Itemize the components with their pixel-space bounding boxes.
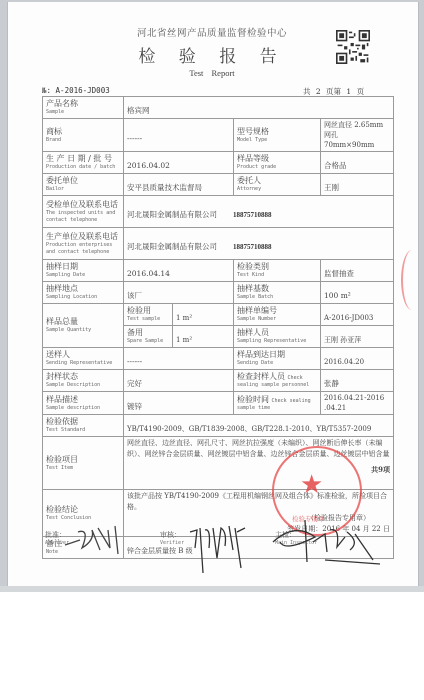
label-en: Production date / batch [46,164,120,171]
label-en: Production enterprises [46,242,120,249]
production-date-value: 2016.04.02 [127,161,170,170]
label: 型号规格 [237,127,317,137]
label: 检验依据 [46,417,120,427]
table-row: 抽样地点Sampling Location 该厂 抽样基数Sample Batc… [43,282,394,304]
label-en: Test Item [46,465,120,472]
label: 委托人 [237,176,317,186]
sampling-date-value: 2016.04.14 [127,269,170,278]
label-en: Sample description [46,405,120,412]
table-row: 受检单位及联系电话The inspected units andcontact … [43,196,394,228]
inspected-phone: 18875710888 [233,211,272,219]
label-en: Sending Representative [46,360,120,367]
seam-stamp [401,250,423,310]
verifier-signature [185,518,255,578]
inspected-company: 河北晟阳金属制品有限公司 [127,210,217,219]
label: 样品总量 [46,317,120,327]
label: 检验项目 [46,455,120,465]
label-en: Test Standard [46,427,120,434]
label-en: Bailor [46,186,120,193]
qr-code-icon [336,30,370,64]
label-en: Product grade [237,164,317,171]
table-row: 生 产 日 期 / 批 号Production date / batch 201… [43,152,394,174]
label: 抽样地点 [46,284,120,294]
label: 抽样单编号 [237,306,317,316]
sampling-rep-value: 王刚 孙亚萍 [324,336,361,344]
label: 封样状态 [46,372,120,382]
sending-date-value: 2016.04.20 [324,358,364,366]
report-number: №: A-2016-JD003 [42,86,110,95]
verifier-en: Verifier [160,540,184,546]
label-en: Check [288,375,303,381]
label: 样品等级 [237,154,317,164]
label-en: Sampling Date [46,272,120,279]
production-phone: 18875710888 [233,243,272,251]
label: 抽样人员 [237,328,317,338]
table-row: 送样人Sending Representative ------ 样品到达日期S… [43,348,394,370]
label-en: Test Kind [237,272,317,279]
sample-batch-value: 100 m² [324,291,351,300]
label: 检验时间 [237,395,269,404]
label: 样品到达日期 [237,350,317,360]
attorney-value: 王刚 [324,183,339,192]
bailor-value: 安平县质量技术监督局 [127,183,202,192]
label-en: Attorney [237,186,317,193]
label-en: sealing sample personnel [237,382,317,389]
label-en: Sampling Location [46,294,120,301]
table-row: 封样状态Sample Description 完好 检查封样人员 Checkse… [43,370,394,392]
grade-value: 合格品 [324,161,347,170]
label: 备用 [127,328,169,338]
label-en: Brand [46,137,120,144]
sending-rep-value: ------ [127,357,142,366]
label: 检验类别 [237,262,317,272]
table-row: 生产单位及联系电话Production enterprisesand conta… [43,228,394,260]
label: 检验用 [127,306,169,316]
label: 产品名称 [46,99,120,109]
brand-value: ------ [127,134,142,143]
verifier-label: 审核：Verifier [160,530,184,546]
report-title-en: Test Report [0,68,424,78]
label: 抽样基数 [237,284,317,294]
test-kind-value: 监督抽查 [324,269,354,278]
sealing-value: 完好 [127,379,142,388]
verifier-zh: 审核： [160,531,181,539]
test-item-value: 网丝直径、边丝直径、网孔尺寸、网丝抗拉强度（未编织）、网丝断后伸长率（未编织）、… [127,438,390,460]
table-row: 委托单位Bailor 安平县质量技术监督局 委托人Attorney 王刚 [43,174,394,196]
label: 受检单位及联系电话 [46,200,120,210]
table-row: 产品名称Sample 格宾网 [43,97,394,119]
sampling-location-value: 该厂 [127,291,142,300]
label-en: Model Type [237,137,317,144]
label-en: Spare Sample [127,338,169,345]
label: 生 产 日 期 / 批 号 [46,154,120,164]
table-row: 抽样日期Sampling Date 2016.04.14 检验类别Test Ki… [43,260,394,282]
approver-signature [60,520,130,560]
production-company: 河北晟阳金属制品有限公司 [127,242,217,251]
sample-value: 格宾网 [127,106,150,115]
label-en: and contact telephone [46,249,120,256]
label-en: sample time [237,405,317,412]
label: 样品描述 [46,395,120,405]
label: 生产单位及联系电话 [46,232,120,242]
label-en: contact telephone [46,217,120,224]
main-inspector-signature [265,512,380,567]
table-row: 商标Brand ------ 型号规格Model Type 网丝直径 2.65m… [43,119,394,152]
model-value-line1: 网丝直径 2.65mm [324,120,390,130]
label-en: Check sealing [272,398,311,404]
table-row: 样品总量Sample Quantity 检验用Test sample 1 m² … [43,304,394,326]
model-value-line2: 网孔 70mm×90mm [324,130,390,150]
label-en: The inspected units and [46,210,120,217]
check-time-line2: .04.21 [324,403,390,413]
label-en: Sending Date [237,360,317,367]
test-sample-value: 1 m² [176,314,192,322]
table-row: 样品描述Sample description 镀锌 检验时间 Check sea… [43,392,394,415]
star-icon: ★ [300,470,323,500]
note-value: 锌合金层质量按 B 级 [127,547,193,555]
label: 检验结论 [46,505,120,515]
label: 检查封样人员 [237,372,285,381]
label: 商标 [46,127,120,137]
label: 抽样日期 [46,262,120,272]
label-en: Sample Description [46,382,120,389]
label-en: Sample Quantity [46,327,120,334]
label-en: Sampling Representative [237,338,317,345]
label: 送样人 [46,350,120,360]
description-value: 镀锌 [127,402,142,411]
page-shadow [0,586,424,592]
label-en: Sample Batch [237,294,317,301]
sealing-personnel-value: 张静 [324,379,339,388]
label-en: Sample [46,109,120,116]
standard-value: YB/T4190-2009、GB/T1839-2008、GB/T228.1-20… [127,425,371,433]
label: 委托单位 [46,176,120,186]
label-en: Sample Number [237,316,317,323]
check-time-line1: 2016.04.21-2016 [324,393,390,403]
sample-number-value: A-2016-JD003 [324,314,373,322]
table-row: 检验依据Test Standard YB/T4190-2009、GB/T1839… [43,415,394,437]
label-en: Test sample [127,316,169,323]
spare-sample-value: 1 m² [176,336,192,344]
